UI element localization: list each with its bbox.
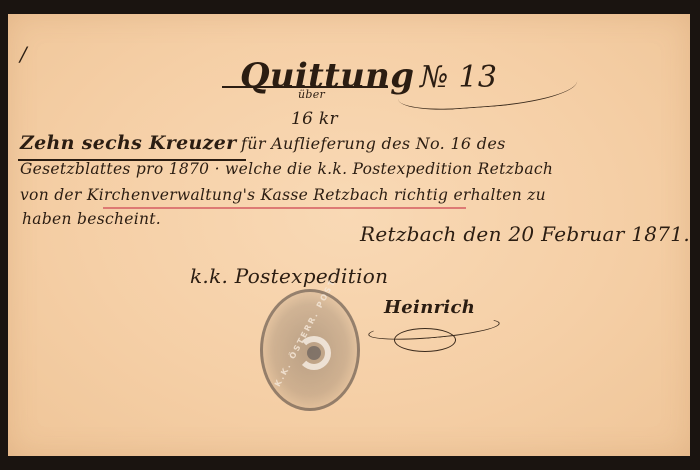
amount-in-words: Zehn sechs Kreuzer xyxy=(20,132,236,154)
signature: Heinrich xyxy=(384,297,475,318)
document-title: Quittung xyxy=(240,56,414,96)
red-underline xyxy=(103,207,466,209)
posthorn-center xyxy=(307,346,321,360)
stamp-text: K.K. ÖSTERR. POST xyxy=(273,277,338,388)
receipt-paper: / Quittung über № 13 16 kr Zehn sechs Kr… xyxy=(8,14,690,456)
amount-figure: 16 kr xyxy=(291,109,338,129)
body-line-4: haben bescheint. xyxy=(22,210,161,228)
body-line-3: von der Kirchenverwaltung's Kasse Retzba… xyxy=(20,186,546,204)
signature-flourish-loop xyxy=(394,328,456,352)
place-and-date: Retzbach den 20 Februar 1871. xyxy=(360,222,690,246)
margin-mark: / xyxy=(20,42,27,66)
body-line-1: für Auflieferung des No. 16 des xyxy=(241,134,506,153)
issuing-office: k.k. Postexpedition xyxy=(190,264,388,288)
postal-stamp: K.K. ÖSTERR. POST xyxy=(260,289,360,411)
body-line-2: Gesetzblattes pro 1870 · welche die k.k.… xyxy=(20,160,553,178)
title-subscript: über xyxy=(298,88,325,101)
